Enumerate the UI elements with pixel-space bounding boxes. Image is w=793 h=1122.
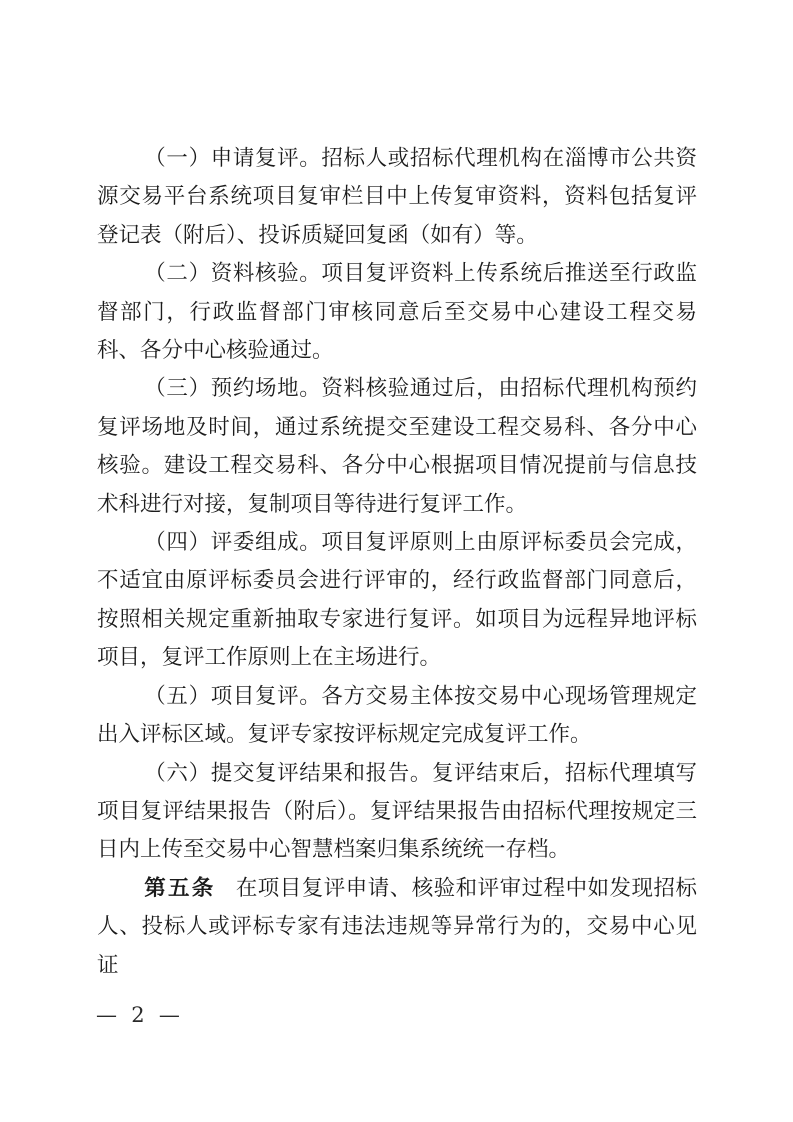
paragraph-item-3: （三）预约场地。资料核验通过后，由招标代理机构预约复评场地及时间，通过系统提交至… [97, 370, 697, 524]
document-page: （一）申请复评。招标人或招标代理机构在淄博市公共资源交易平台系统项目复审栏目中上… [0, 0, 793, 1122]
document-body: （一）申请复评。招标人或招标代理机构在淄博市公共资源交易平台系统项目复审栏目中上… [97, 140, 697, 985]
paragraph-item-2: （二）资料核验。项目复评资料上传系统后推送至行政监督部门，行政监督部门审核同意后… [97, 255, 697, 370]
paragraph-item-5: （五）项目复评。各方交易主体按交易中心现场管理规定出入评标区域。复评专家按评标规… [97, 678, 697, 755]
paragraph-item-4: （四）评委组成。项目复评原则上由原评标委员会完成，不适宜由原评标委员会进行评审的… [97, 524, 697, 678]
paragraph-item-6: （六）提交复评结果和报告。复评结束后，招标代理填写项目复评结果报告（附后）。复评… [97, 755, 697, 870]
article-number: 第五条 [144, 876, 215, 901]
page-number: — 2 — [96, 1000, 184, 1030]
paragraph-item-1: （一）申请复评。招标人或招标代理机构在淄博市公共资源交易平台系统项目复审栏目中上… [97, 140, 697, 255]
article-clause: 第五条在项目复评申请、核验和评审过程中如发现招标人、投标人或评标专家有违法违规等… [97, 870, 697, 985]
